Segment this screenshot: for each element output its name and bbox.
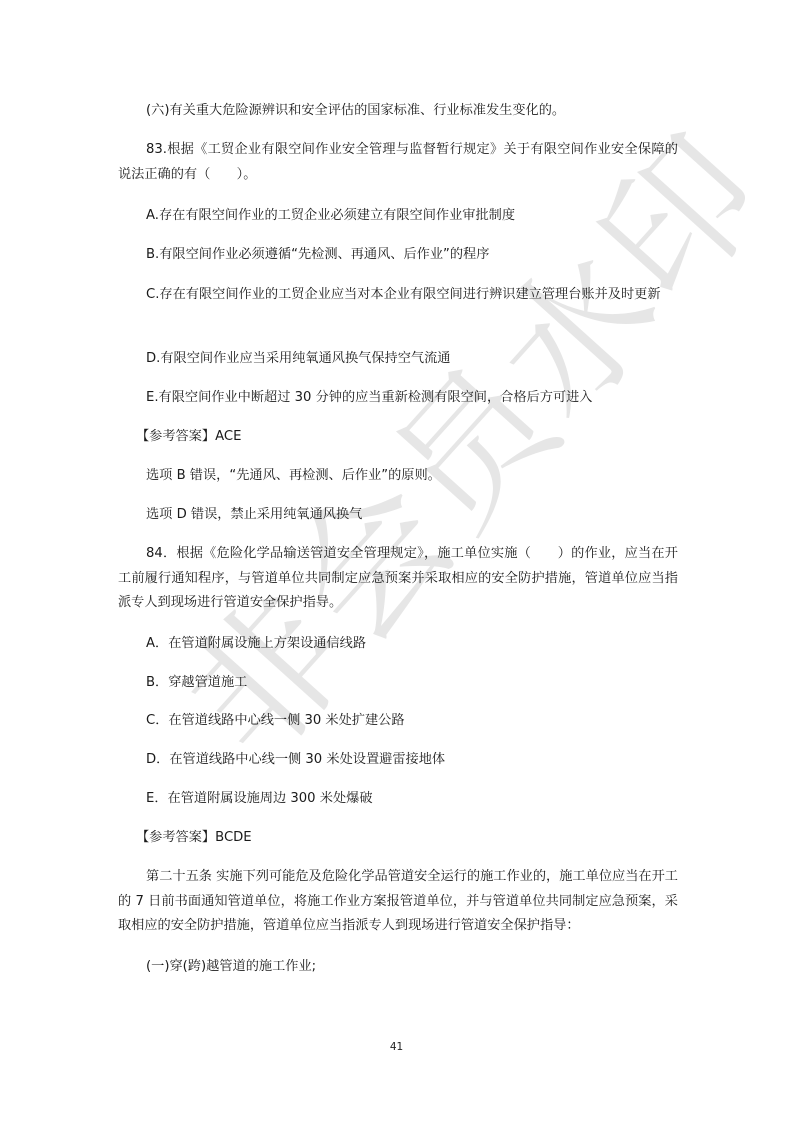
intro-item: (六)有关重大危险源辨识和安全评估的国家标准、行业标准发生变化的。 [118, 99, 678, 123]
q84-option-b: B．穿越管道施工 [118, 671, 678, 695]
q83-option-a: A.存在有限空间作业的工贸企业必须建立有限空间作业审批制度 [118, 204, 678, 228]
q84-article-25: 第二十五条 实施下列可能危及危险化学品管道安全运行的施工作业的，施工单位应当在开… [118, 865, 678, 939]
q84-option-e: E．在管道附属设施周边 300 米处爆破 [118, 787, 678, 811]
q84-option-a: A．在管道附属设施上方架设通信线路 [118, 632, 678, 656]
q83-option-c: C.存在有限空间作业的工贸企业应当对本企业有限空间进行辨识建立管理台账并及时更新 [118, 283, 678, 308]
q83-answer: 【参考答案】ACE [136, 425, 696, 449]
document-page: 非会员水印 (六)有关重大危险源辨识和安全评估的国家标准、行业标准发生变化的。 … [0, 0, 793, 1122]
q83-explanation-b: 选项 B 错误，“先通风、再检测、后作业”的原则。 [118, 464, 678, 488]
q83-option-e: E.有限空间作业中断超过 30 分钟的应当重新检测有限空间，合格后方可进入 [118, 386, 678, 410]
q84-article-item-1: (一)穿(跨)越管道的施工作业; [118, 955, 678, 979]
q84-option-d: D．在管道线路中心线一侧 30 米处设置避雷接地体 [118, 748, 678, 772]
q84-answer: 【参考答案】BCDE [136, 826, 696, 850]
q84-option-c: C．在管道线路中心线一侧 30 米处扩建公路 [118, 709, 678, 733]
q83-option-d: D.有限空间作业应当采用纯氧通风换气保持空气流通 [118, 347, 678, 371]
q83-option-b: B.有限空间作业必须遵循“先检测、再通风、后作业”的程序 [118, 243, 678, 267]
q83-stem: 83.根据《工贸企业有限空间作业安全管理与监督暂行规定》关于有限空间作业安全保障… [118, 138, 678, 187]
q83-explanation-d: 选项 D 错误，禁止采用纯氧通风换气 [118, 503, 678, 527]
page-number: 41 [0, 1041, 793, 1053]
q84-stem: 84．根据《危险化学品输送管道安全管理规定》，施工单位实施（ ）的作业，应当在开… [118, 542, 678, 616]
